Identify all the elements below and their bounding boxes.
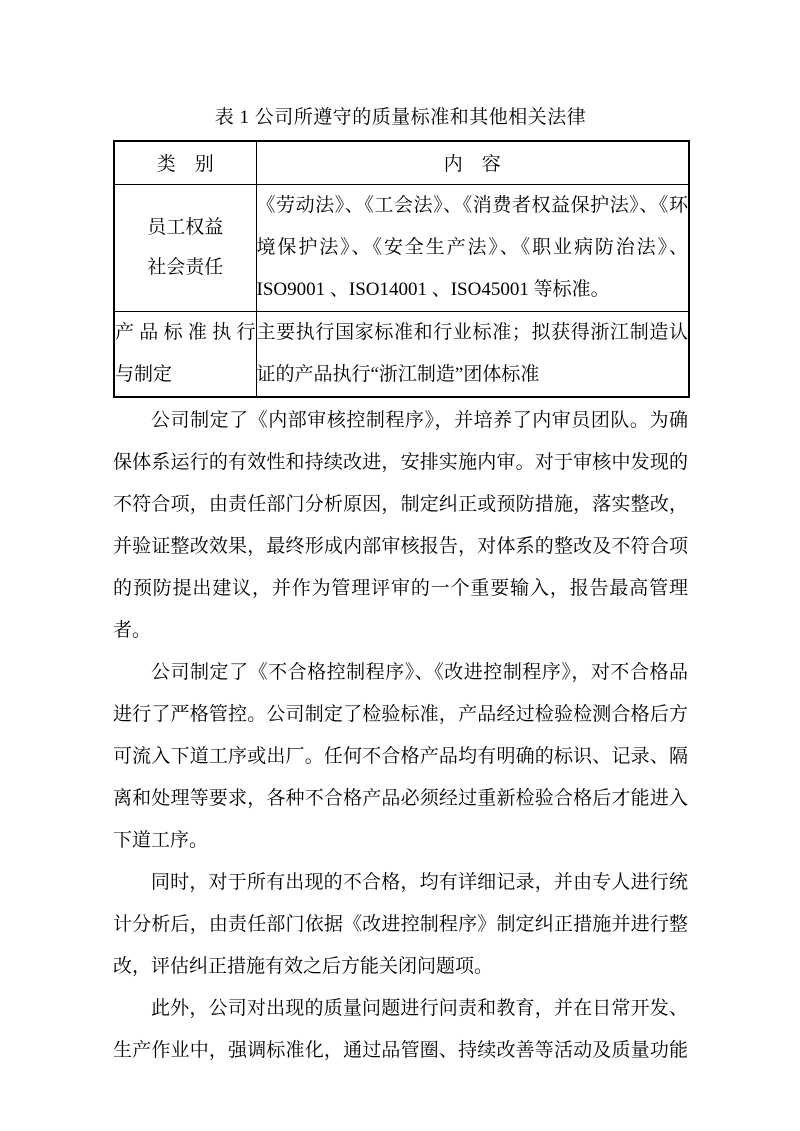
paragraph-line: 公司制定了《内部审核控制程序》，并培养了内审员团队。为确	[113, 400, 688, 442]
content-cell: 主要执行国家标准和行业标准；拟获得浙江制造认 证的产品执行“浙江制造”团体标准	[256, 311, 689, 397]
paragraph-line: 计分析后，由责任部门依据《改进控制程序》制定纠正措施并进行整	[113, 904, 688, 946]
paragraph-line: 公司制定了《不合格控制程序》、《改进控制程序》，对不合格品	[113, 652, 688, 694]
standards-table: 类 别 内 容 员工权益 社会责任 《劳动法》、《工会法》、《消费者权益保护法》…	[113, 140, 690, 398]
content-line: 证的产品执行“浙江制造”团体标准	[257, 354, 689, 396]
category-cell: 员工权益 社会责任	[114, 184, 256, 311]
paragraph-line: 不符合项，由责任部门分析原因，制定纠正或预防措施，落实整改，	[113, 484, 688, 526]
content-line: 《劳动法》、《工会法》、《消费者权益保护法》、《环	[257, 185, 689, 227]
paragraph-line: 下道工序。	[113, 820, 688, 862]
table-row-product-standards: 产品标准执行 与制定 主要执行国家标准和行业标准；拟获得浙江制造认 证的产品执行…	[114, 311, 689, 397]
category-line: 员工权益	[115, 208, 256, 248]
table-header-category: 类 别	[114, 141, 256, 184]
paragraph-quality-education: 此外，公司对出现的质量问题进行问责和教育，并在日常开发、 生产作业中，强调标准化…	[113, 988, 688, 1072]
table-caption: 表 1 公司所遵守的质量标准和其他相关法律	[113, 0, 688, 133]
table-header-row: 类 别 内 容	[114, 141, 689, 184]
category-line: 社会责任	[115, 248, 256, 288]
paragraph-line: 同时，对于所有出现的不合格，均有详细记录，并由专人进行统	[113, 862, 688, 904]
category-cell: 产品标准执行 与制定	[114, 311, 256, 397]
category-line: 产品标准执行	[115, 312, 256, 354]
paragraph-line: 的预防提出建议，并作为管理评审的一个重要输入，报告最高管理者。	[113, 568, 688, 652]
paragraph-record-analysis: 同时，对于所有出现的不合格，均有详细记录，并由专人进行统 计分析后，由责任部门依…	[113, 862, 688, 988]
paragraph-line: 改，评估纠正措施有效之后方能关闭问题项。	[113, 946, 688, 988]
page-content: 表 1 公司所遵守的质量标准和其他相关法律 类 别 内 容 员工权益 社会责任	[0, 0, 800, 1072]
category-line: 与制定	[115, 354, 256, 396]
body-text: 公司制定了《内部审核控制程序》，并培养了内审员团队。为确 保体系运行的有效性和持…	[113, 400, 688, 1072]
content-line: ISO9001 、ISO14001 、ISO45001 等标准。	[257, 269, 689, 311]
content-line: 境保护法》、《安全生产法》、《职业病防治法》、	[257, 227, 689, 269]
paragraph-line: 此外，公司对出现的质量问题进行问责和教育，并在日常开发、	[113, 988, 688, 1030]
paragraph-line: 可流入下道工序或出厂。任何不合格产品均有明确的标识、记录、隔	[113, 736, 688, 778]
content-line: 主要执行国家标准和行业标准；拟获得浙江制造认	[257, 312, 689, 354]
paragraph-internal-audit: 公司制定了《内部审核控制程序》，并培养了内审员团队。为确 保体系运行的有效性和持…	[113, 400, 688, 652]
content-cell: 《劳动法》、《工会法》、《消费者权益保护法》、《环 境保护法》、《安全生产法》、…	[256, 184, 689, 311]
paragraph-line: 并验证整改效果，最终形成内部审核报告，对体系的整改及不符合项	[113, 526, 688, 568]
table-header-content: 内 容	[256, 141, 689, 184]
document-page: 表 1 公司所遵守的质量标准和其他相关法律 类 别 内 容 员工权益 社会责任	[0, 0, 800, 1131]
paragraph-line: 离和处理等要求，各种不合格产品必须经过重新检验合格后才能进入	[113, 778, 688, 820]
table-row-employee-rights: 员工权益 社会责任 《劳动法》、《工会法》、《消费者权益保护法》、《环 境保护法…	[114, 184, 689, 311]
paragraph-line: 进行了严格管控。公司制定了检验标准，产品经过检验检测合格后方	[113, 694, 688, 736]
paragraph-line: 保体系运行的有效性和持续改进，安排实施内审。对于审核中发现的	[113, 442, 688, 484]
paragraph-line: 生产作业中，强调标准化，通过品管圈、持续改善等活动及质量功能	[113, 1030, 688, 1072]
paragraph-nonconforming-control: 公司制定了《不合格控制程序》、《改进控制程序》，对不合格品 进行了严格管控。公司…	[113, 652, 688, 862]
